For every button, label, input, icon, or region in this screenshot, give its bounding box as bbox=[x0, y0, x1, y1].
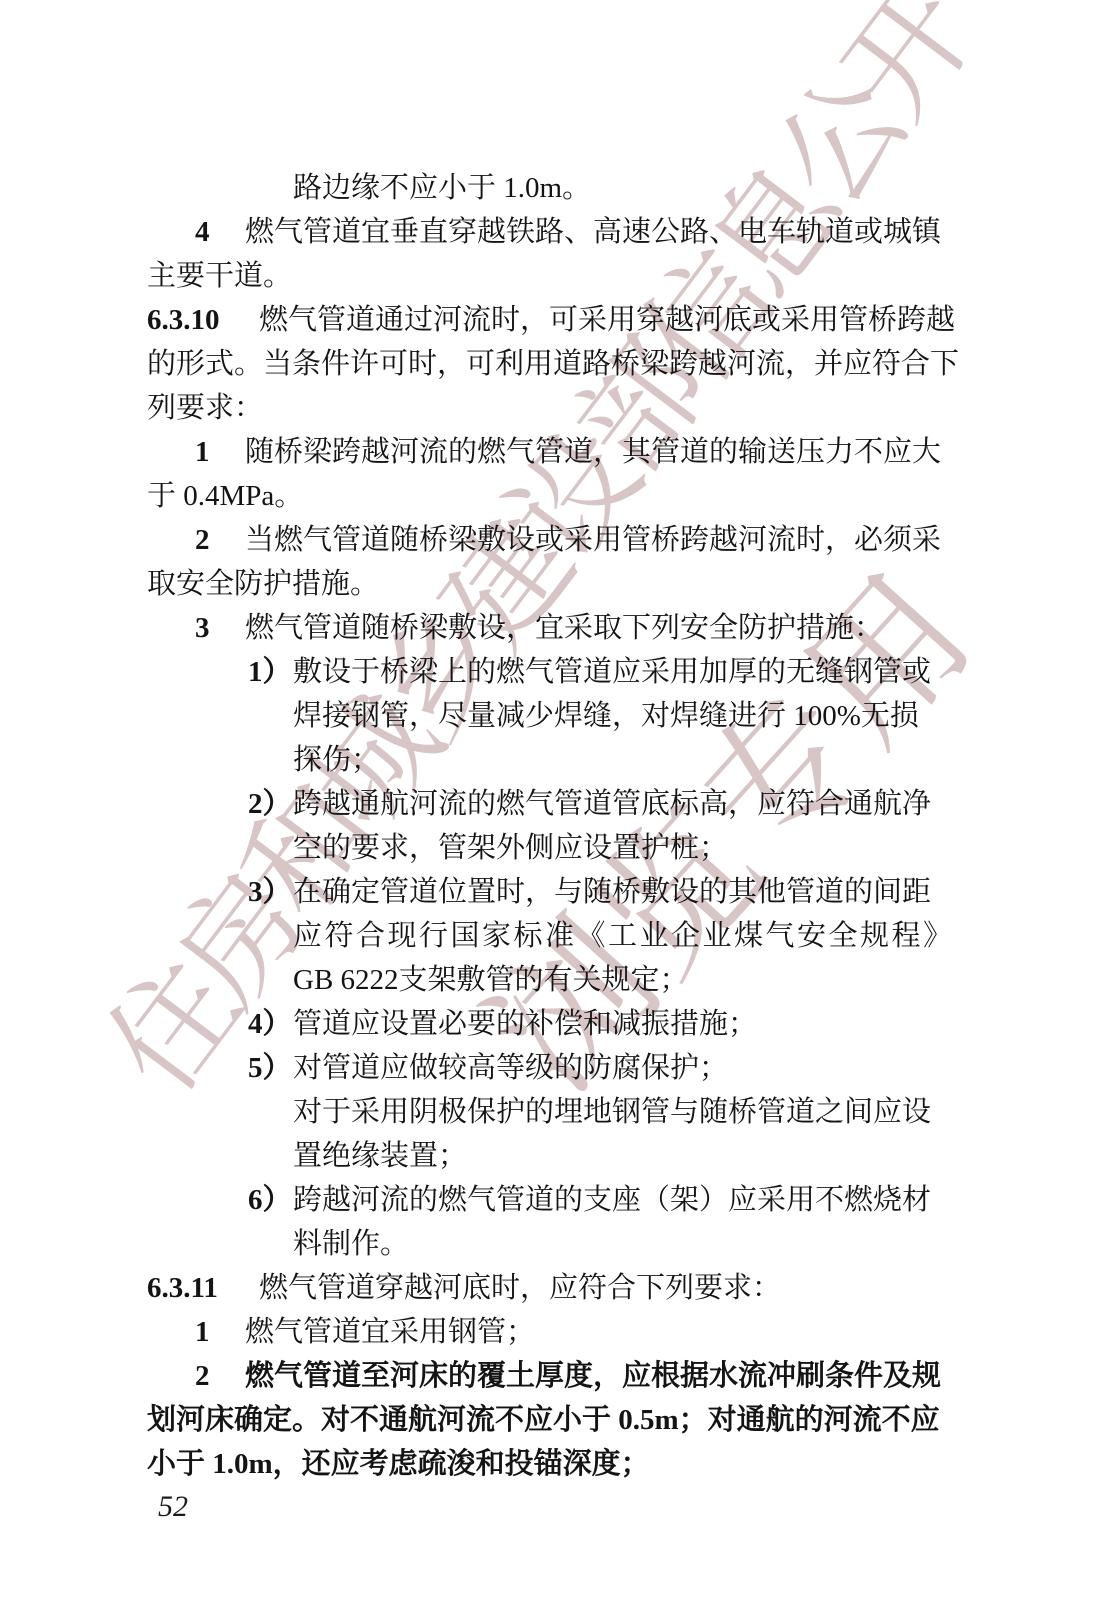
doc-line: 应符合现行国家标准《工业企业煤气安全规程》 bbox=[147, 914, 959, 958]
line-text: 燃气管道通过河流时，可采用穿越河底或采用管桥跨越 bbox=[259, 304, 955, 336]
line-text: 划河床确定。对不通航河流不应小于 0.5m；对通航的河流不应 bbox=[147, 1404, 940, 1436]
line-text: 燃气管道穿越河底时，应符合下列要求： bbox=[259, 1272, 781, 1304]
item-number: 1 bbox=[195, 1310, 245, 1354]
sub-item-number: 1） bbox=[248, 650, 293, 694]
item-number: 2 bbox=[195, 1354, 245, 1398]
item-number: 2 bbox=[195, 518, 245, 562]
line-text: 跨越河流的燃气管道的支座（架）应采用不燃烧材 bbox=[293, 1184, 931, 1216]
line-text: 列要求： bbox=[147, 392, 263, 424]
doc-line: 6.3.11燃气管道穿越河底时，应符合下列要求： bbox=[147, 1266, 959, 1310]
doc-line: 小于 1.0m，还应考虑疏浚和投锚深度； bbox=[147, 1442, 959, 1486]
line-text: GB 6222支架敷管的有关规定； bbox=[293, 964, 689, 996]
line-text: 取安全防护措施。 bbox=[147, 568, 379, 600]
doc-line: 2当燃气管道随桥梁敷设或采用管桥跨越河流时，必须采 bbox=[147, 518, 959, 562]
sub-item-number: 4） bbox=[248, 1002, 293, 1046]
doc-line: 于 0.4MPa。 bbox=[147, 474, 959, 518]
doc-line: 2）跨越通航河流的燃气管道管底标高，应符合通航净 bbox=[147, 782, 959, 826]
page-number: 52 bbox=[158, 1490, 188, 1524]
line-text: 燃气管道宜采用钢管； bbox=[245, 1316, 535, 1348]
line-text: 空的要求，管架外侧应设置护桩； bbox=[293, 832, 728, 864]
line-text: 主要干道。 bbox=[147, 260, 292, 292]
doc-line: 料制作。 bbox=[147, 1222, 959, 1266]
item-number: 3 bbox=[195, 606, 245, 650]
line-text: 路边缘不应小于 1.0m。 bbox=[293, 172, 591, 204]
line-text: 的形式。当条件许可时，可利用道路桥梁跨越河流，并应符合下 bbox=[147, 348, 959, 380]
doc-line: 空的要求，管架外侧应设置护桩； bbox=[147, 826, 959, 870]
line-text: 跨越通航河流的燃气管道管底标高，应符合通航净 bbox=[293, 788, 931, 820]
document-page: 住房和城乡建设部信息公开 浏览专用 路边缘不应小于 1.0m。 4燃气管道宜垂直… bbox=[0, 0, 1103, 1598]
doc-line: 的形式。当条件许可时，可利用道路桥梁跨越河流，并应符合下 bbox=[147, 342, 959, 386]
doc-line: 6.3.10燃气管道通过河流时，可采用穿越河底或采用管桥跨越 bbox=[147, 298, 959, 342]
line-text: 燃气管道随桥梁敷设，宜采取下列安全防护措施： bbox=[245, 612, 883, 644]
doc-line: 2燃气管道至河床的覆土厚度，应根据水流冲刷条件及规 bbox=[147, 1354, 959, 1398]
doc-line: 1）敷设于桥梁上的燃气管道应采用加厚的无缝钢管或 bbox=[147, 650, 959, 694]
doc-line: 主要干道。 bbox=[147, 254, 959, 298]
line-text: 焊接钢管，尽量减少焊缝，对焊缝进行 100%无损 bbox=[293, 700, 919, 732]
doc-line: 路边缘不应小于 1.0m。 bbox=[147, 166, 959, 210]
sub-item-number: 6） bbox=[248, 1178, 293, 1222]
line-text: 于 0.4MPa。 bbox=[147, 480, 303, 512]
line-text: 管道应设置必要的补偿和减振措施； bbox=[293, 1008, 757, 1040]
clause-number: 6.3.10 bbox=[147, 298, 259, 342]
line-text: 燃气管道至河床的覆土厚度，应根据水流冲刷条件及规 bbox=[245, 1360, 941, 1392]
line-text: 敷设于桥梁上的燃气管道应采用加厚的无缝钢管或 bbox=[293, 656, 931, 688]
doc-line: 6）跨越河流的燃气管道的支座（架）应采用不燃烧材 bbox=[147, 1178, 959, 1222]
item-number: 4 bbox=[195, 210, 245, 254]
doc-line: 1随桥梁跨越河流的燃气管道，其管道的输送压力不应大 bbox=[147, 430, 959, 474]
line-text: 探伤； bbox=[293, 744, 380, 776]
doc-line: 列要求： bbox=[147, 386, 959, 430]
doc-line: 置绝缘装置； bbox=[147, 1134, 959, 1178]
line-text: 燃气管道宜垂直穿越铁路、高速公路、电车轨道或城镇 bbox=[245, 216, 941, 248]
doc-line: 3）在确定管道位置时，与随桥敷设的其他管道的间距 bbox=[147, 870, 959, 914]
sub-item-number: 5） bbox=[248, 1046, 293, 1090]
doc-line: 划河床确定。对不通航河流不应小于 0.5m；对通航的河流不应 bbox=[147, 1398, 959, 1442]
line-text: 料制作。 bbox=[293, 1228, 409, 1260]
line-text: 随桥梁跨越河流的燃气管道，其管道的输送压力不应大 bbox=[245, 436, 941, 468]
doc-line: 探伤； bbox=[147, 738, 959, 782]
line-text: 小于 1.0m，还应考虑疏浚和投锚深度； bbox=[147, 1448, 650, 1480]
doc-line: 取安全防护措施。 bbox=[147, 562, 959, 606]
line-text: 置绝缘装置； bbox=[293, 1140, 467, 1172]
line-text: 对管道应做较高等级的防腐保护； bbox=[293, 1052, 728, 1084]
doc-line: 焊接钢管，尽量减少焊缝，对焊缝进行 100%无损 bbox=[147, 694, 959, 738]
item-number: 1 bbox=[195, 430, 245, 474]
line-text: 应符合现行国家标准《工业企业煤气安全规程》 bbox=[293, 920, 955, 952]
doc-line: 3燃气管道随桥梁敷设，宜采取下列安全防护措施： bbox=[147, 606, 959, 650]
sub-item-number: 3） bbox=[248, 870, 293, 914]
doc-line: 对于采用阴极保护的埋地钢管与随桥管道之间应设 bbox=[147, 1090, 959, 1134]
line-text: 对于采用阴极保护的埋地钢管与随桥管道之间应设 bbox=[293, 1096, 931, 1128]
doc-line: GB 6222支架敷管的有关规定； bbox=[147, 958, 959, 1002]
line-text: 当燃气管道随桥梁敷设或采用管桥跨越河流时，必须采 bbox=[245, 524, 941, 556]
clause-number: 6.3.11 bbox=[147, 1266, 259, 1310]
sub-item-number: 2） bbox=[248, 782, 293, 826]
doc-line: 5）对管道应做较高等级的防腐保护； bbox=[147, 1046, 959, 1090]
doc-line: 1燃气管道宜采用钢管； bbox=[147, 1310, 959, 1354]
doc-line: 4燃气管道宜垂直穿越铁路、高速公路、电车轨道或城镇 bbox=[147, 210, 959, 254]
text-block: 路边缘不应小于 1.0m。 4燃气管道宜垂直穿越铁路、高速公路、电车轨道或城镇 … bbox=[147, 166, 959, 1486]
line-text: 在确定管道位置时，与随桥敷设的其他管道的间距 bbox=[293, 876, 931, 908]
doc-line: 4）管道应设置必要的补偿和减振措施； bbox=[147, 1002, 959, 1046]
